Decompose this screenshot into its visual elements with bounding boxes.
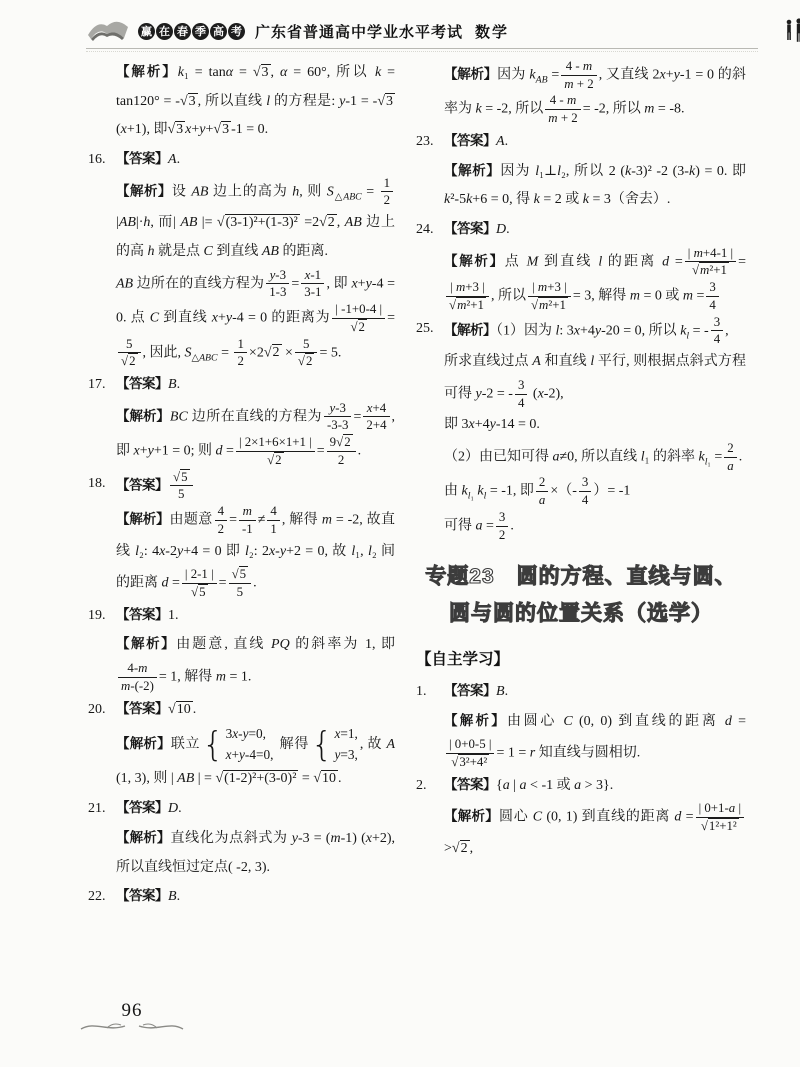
fd: √2 (118, 353, 141, 370)
sqrt: √3 (167, 121, 185, 137)
fraction: 41 (267, 503, 279, 537)
sqrt: √(3-1)²+(1-3)² (217, 214, 300, 230)
fd: √m²+1 (528, 297, 571, 314)
solution-item: 19.【答案】1.【解析】由题意, 直线 PQ 的斜率为 1, 即4-mm-(-… (88, 601, 395, 695)
fn: 5 (118, 336, 141, 354)
sqrt: √3 (213, 121, 231, 137)
cls: x=1,y=3, (334, 724, 357, 765)
fn: 4 - m (561, 58, 596, 76)
fraction: 5√2 (118, 336, 141, 370)
sqr: 10 (176, 701, 193, 717)
solution-body: 【答案】√55【解析】由题意42=m-1≠41, 解得 m = -2, 故直线 … (116, 469, 395, 601)
solution-item: 【解析】k₁ = tanα = √3, α = 60°, 所以 k = tan1… (88, 58, 395, 145)
sqr: 5 (198, 584, 207, 599)
sqr: m²+1 (699, 262, 729, 277)
fraction: 32 (496, 509, 508, 543)
solution-para: 【解析】设 AB 边上的高为 h, 则 S△ABC = 12|AB|·h, 而|… (116, 175, 395, 267)
fraction: m-1 (239, 503, 256, 537)
answer-label: 【解析】 (444, 322, 496, 337)
fraction: | 0+1-a |√1²+1² (696, 800, 744, 834)
fn: | m+3 | (528, 279, 571, 297)
fn: | m+3 | (446, 279, 489, 297)
answer-label: 【答案】 (116, 477, 168, 492)
fd: 1 (267, 521, 279, 538)
fraction: √55 (170, 469, 193, 503)
fn: 2 (536, 474, 548, 492)
fd: √m²+1 (685, 262, 736, 279)
item-number: 17. (88, 370, 116, 400)
fraction: y-31-3 (266, 267, 289, 301)
solution-item: 16.【答案】A.【解析】设 AB 边上的高为 h, 则 S△ABC = 12|… (88, 145, 395, 370)
fn: | 2-1 | (182, 566, 217, 584)
item-number: 20. (88, 695, 116, 725)
solution-para: 【解析】联立{3x-y=0,x+y-4=0, 解得{x=1,y=3,, 故 A … (116, 724, 395, 794)
fd: m-(-2) (118, 678, 157, 695)
solution-body: 【答案】{a | a < -1 或 a > 3}.【解析】圆心 C (0, 1)… (444, 771, 746, 864)
brace-icon: { (311, 731, 332, 760)
fn: | 2×1+6×1+1 | (236, 434, 315, 452)
solution-body: 【解析】k₁ = tanα = √3, α = 60°, 所以 k = tan1… (116, 58, 395, 145)
badge-char: 赢 (138, 23, 155, 40)
solution-para: 即 3x+4y-14 = 0. (444, 411, 746, 440)
badge-char: 高 (210, 23, 227, 40)
fd: 5 (170, 486, 193, 503)
solution-body: 【答案】B. (116, 882, 395, 912)
answer-label: 【解析】 (444, 163, 500, 178)
fraction: | -1+0-4 |√2 (332, 301, 385, 335)
answer-label: 【答案】 (116, 701, 168, 716)
fraction: 2a (724, 440, 736, 474)
fn: y-3 (324, 400, 351, 418)
fraction: 4-mm-(-2) (118, 660, 157, 694)
fd: √2 (295, 353, 318, 370)
sqrt: √m²+1 (531, 297, 568, 312)
solution-para: 【答案】D. (116, 794, 395, 824)
fn: 5 (295, 336, 318, 354)
fd: 4 (711, 331, 723, 348)
sqrt: √m²+1 (449, 297, 486, 312)
fn: √5 (229, 566, 252, 584)
fn: 9√2 (327, 434, 356, 452)
fraction: | 2×1+6×1+1 |√2 (236, 434, 315, 468)
answer-label: 【答案】 (116, 888, 168, 903)
answer-label: 【答案】 (116, 800, 168, 815)
solution-body: 【答案】√10.【解析】联立{3x-y=0,x+y-4=0, 解得{x=1,y=… (116, 695, 395, 795)
fraction: | m+3 |√m²+1 (528, 279, 571, 313)
fraction: x-13-1 (301, 267, 324, 301)
solution-item: 24.【答案】D.【解析】点 M 到直线 l 的距离 d =| m+4-1 |√… (416, 215, 746, 314)
fn: | 0+0-5 | (446, 736, 494, 754)
solution-item: 21.【答案】D.【解析】直线化为点斜式为 y-3 = (m-1) (x+2),… (88, 794, 395, 882)
sqrt: √10 (168, 701, 193, 717)
sqrt: √2 (452, 840, 470, 856)
sqr: 1²+1² (708, 818, 739, 833)
sqrt: √1²+1² (701, 818, 739, 833)
fd: √5 (182, 584, 217, 601)
fd: 2+4 (363, 417, 389, 434)
fn: x+4 (363, 400, 389, 418)
fn: 3 (579, 474, 591, 492)
solution-body: 【答案】D.【解析】直线化为点斜式为 y-3 = (m-1) (x+2), 所以… (116, 794, 395, 882)
fd: √m²+1 (446, 297, 489, 314)
answer-label: 【解析】 (116, 64, 178, 79)
fraction: 4 - mm + 2 (561, 58, 596, 92)
sqrt: √2 (267, 452, 284, 467)
solution-body: 【解析】因为 kAB =4 - mm + 2, 又直线 2x+y-1 = 0 的… (444, 58, 746, 127)
sqr: 2 (128, 353, 137, 368)
fraction: 9√22 (327, 434, 356, 468)
fd: 4 (579, 492, 591, 509)
answer-label: 【答案】 (444, 221, 496, 236)
fn: m (239, 503, 256, 521)
sqr: m²+1 (538, 297, 568, 312)
answer-label: 【答案】 (116, 376, 168, 391)
item-number: 1. (416, 677, 444, 707)
sqr: 5 (180, 469, 189, 484)
people-icon (784, 18, 800, 47)
solution-para: 【解析】圆心 C (0, 1) 到直线的距离 d =| 0+1-a |√1²+1… (444, 800, 746, 863)
fn: 4 (267, 503, 279, 521)
fd: 2 (496, 527, 508, 544)
sqrt: √10 (313, 770, 338, 786)
fraction: x+42+4 (363, 400, 389, 434)
item-number: 21. (88, 794, 116, 824)
fd: 1-3 (266, 284, 289, 301)
answer-label: 【解析】 (116, 636, 176, 651)
sqr: 2 (358, 319, 367, 334)
solution-para: 【解析】点 M 到直线 l 的距离 d =| m+4-1 |√m²+1=| m+… (444, 245, 746, 314)
fn: 1 (381, 175, 393, 193)
sqrt: √2 (350, 319, 367, 334)
solution-item: 17.【答案】B.【解析】BC 边所在直线的方程为y-3-3-3=x+42+4,… (88, 370, 395, 469)
cases: {x=1,y=3, (311, 724, 358, 765)
solution-body: 【答案】B.【解析】BC 边所在直线的方程为y-3-3-3=x+42+4, 即 … (116, 370, 395, 469)
answer-label: 【答案】 (444, 683, 496, 698)
fd: 5 (229, 584, 252, 601)
answer-label: 【解析】 (444, 809, 499, 824)
badge-char: 在 (156, 23, 173, 40)
self-study-heading: 【自主学习】 (416, 647, 746, 669)
sqr: 3 (188, 93, 198, 109)
fraction: 12 (381, 175, 393, 209)
solution-para: 【解析】（1）因为 l: 3x+4y-20 = 0, 所以 kl = -34, (444, 314, 746, 348)
sqr: 3 (261, 64, 271, 80)
fn: y-3 (266, 267, 289, 285)
item-number: 2. (416, 771, 444, 801)
fraction: | 2-1 |√5 (182, 566, 217, 600)
sqrt: √5 (173, 469, 190, 484)
answer-label: 【解析】 (444, 713, 507, 728)
subscript: l₁ (705, 456, 711, 467)
sqr: (3-1)²+(1-3)² (225, 214, 300, 230)
sqrt: √2 (298, 353, 315, 368)
solution-para: 【答案】√55 (116, 469, 395, 503)
solution-body: 【答案】A.【解析】设 AB 边上的高为 h, 则 S△ABC = 12|AB|… (116, 145, 395, 370)
fd: m + 2 (545, 110, 580, 127)
solution-para: 【解析】因为 kAB =4 - mm + 2, 又直线 2x+y-1 = 0 的… (444, 58, 746, 127)
brace-icon: { (202, 731, 223, 760)
fraction: | m+3 |√m²+1 (446, 279, 489, 313)
fn: 3 (706, 279, 718, 297)
right-column: 【解析】因为 kAB =4 - mm + 2, 又直线 2x+y-1 = 0 的… (416, 58, 746, 864)
item-number (416, 58, 444, 59)
subscript: l₁ (468, 491, 474, 502)
fd: 4 (706, 297, 718, 314)
fd: √3²+4² (446, 754, 494, 771)
answer-label: 【解析】 (116, 512, 170, 527)
fraction: 34 (706, 279, 718, 313)
sqr: 5 (239, 566, 248, 581)
solution-item: 2.【答案】{a | a < -1 或 a > 3}.【解析】圆心 C (0, … (416, 771, 746, 864)
sqr: 2 (274, 452, 283, 467)
page-footer: 96 (62, 1000, 202, 1034)
solution-para: 【解析】因为 l₁⊥l₂, 所以 2 (k-3)² -2 (3-k) = 0. … (444, 157, 746, 215)
solution-para: 【解析】由题意42=m-1≠41, 解得 m = -2, 故直线 l₂: 4x-… (116, 503, 395, 601)
fraction: 4 - mm + 2 (545, 92, 580, 126)
solution-para: 【答案】1. (116, 601, 395, 631)
fraction: 5√2 (295, 336, 318, 370)
sqrt: √2 (319, 214, 337, 230)
subscript: l (686, 330, 689, 341)
fd: 4 (515, 395, 527, 412)
sqrt: √3²+4² (451, 754, 489, 769)
item-number: 25. (416, 314, 444, 344)
answer-label: 【答案】 (116, 607, 168, 622)
fraction: y-3-3-3 (324, 400, 351, 434)
answer-label: 【解析】 (116, 408, 170, 423)
answer-label: 【解析】 (444, 66, 497, 81)
answer-label: 【答案】 (444, 133, 496, 148)
sqrt: √2 (121, 353, 138, 368)
section-heading: 专题23 圆的方程、直线与圆、圆与圆的位置关系（选学） (416, 559, 746, 633)
item-number: 19. (88, 601, 116, 631)
section-heading-line: 专题23 圆的方程、直线与圆、 (416, 559, 746, 596)
sqrt: √m²+1 (692, 262, 729, 277)
header-subject: 数学 (475, 21, 509, 42)
book-logo-icon (86, 16, 130, 47)
sqr: 2 (343, 434, 352, 449)
solution-body: 【解析】（1）因为 l: 3x+4y-20 = 0, 所以 kl = -34,所… (444, 314, 746, 544)
fraction: 34 (711, 314, 723, 348)
sqr: 3 (221, 121, 231, 137)
sqrt: √3 (180, 93, 198, 109)
sqr: 2 (460, 840, 470, 856)
item-number: 23. (416, 127, 444, 157)
sqr: 2 (305, 353, 314, 368)
solution-para: 【解析】由题意, 直线 PQ 的斜率为 1, 即4-mm-(-2)= 1, 解得… (116, 630, 395, 694)
fd: 2 (234, 353, 246, 370)
solution-para: 【答案】D. (444, 215, 746, 245)
solution-para: 【答案】B. (116, 882, 395, 912)
solution-para: 【解析】BC 边所在直线的方程为y-3-3-3=x+42+4, 即 x+y+1 … (116, 400, 395, 469)
sqr: m²+1 (456, 297, 486, 312)
fraction: √55 (229, 566, 252, 600)
fn: √5 (170, 469, 193, 487)
fd: √2 (332, 319, 385, 336)
fn: x-1 (301, 267, 324, 285)
fn: 4 (215, 503, 227, 521)
sqrt: √5 (232, 566, 249, 581)
fraction: 34 (515, 377, 527, 411)
item-number (88, 58, 116, 59)
solution-item: 【解析】因为 kAB =4 - mm + 2, 又直线 2x+y-1 = 0 的… (416, 58, 746, 127)
solution-item: 18.【答案】√55【解析】由题意42=m-1≠41, 解得 m = -2, 故… (88, 469, 395, 601)
solution-para: 【答案】A. (444, 127, 746, 157)
fd: 2 (215, 521, 227, 538)
fraction: 34 (579, 474, 591, 508)
item-number: 16. (88, 145, 116, 175)
sqrt: √3 (253, 64, 271, 80)
fraction: 12 (234, 336, 246, 370)
fraction: 2a (536, 474, 548, 508)
solution-para: 【答案】B. (116, 370, 395, 400)
header-title: 广东省普通高中学业水平考试 (255, 21, 463, 42)
fn: 4-m (118, 660, 157, 678)
fd: a (536, 492, 548, 509)
fn: | -1+0-4 | (332, 301, 385, 319)
solution-item: 1.【答案】B.【解析】由圆心 C (0, 0) 到直线的距离 d =| 0+0… (416, 677, 746, 771)
cases: {3x-y=0,x+y-4=0, (202, 724, 273, 765)
fd: √2 (236, 452, 315, 469)
solution-para: 所求直线过点 A 和直线 l 平行, 则根据点斜式方程可得 y-2 = -34 … (444, 348, 746, 411)
solution-para: AB 边所在的直线方程为y-31-3=x-13-1, 即 x+y-4 = 0. … (116, 267, 395, 370)
solution-body: 【答案】1.【解析】由题意, 直线 PQ 的斜率为 1, 即4-mm-(-2)=… (116, 601, 395, 695)
sqrt: √2 (336, 434, 353, 449)
left-column: 【解析】k₁ = tanα = √3, α = 60°, 所以 k = tan1… (88, 58, 395, 912)
page-header: 赢 在 春 季 高 考 广东省普通高中学业水平考试 数学 (86, 16, 758, 46)
badge-char: 考 (228, 23, 245, 40)
solution-item: 25.【解析】（1）因为 l: 3x+4y-20 = 0, 所以 kl = -3… (416, 314, 746, 544)
fraction: | m+4-1 |√m²+1 (685, 245, 736, 279)
page-number: 96 (122, 1000, 143, 1021)
solution-para: （2）由已知可得 a≠0, 所以直线 l₁ 的斜率 kl₁ =2a. (444, 440, 746, 474)
sqrt: √5 (191, 584, 208, 599)
fn: 3 (515, 377, 527, 395)
sqr: 3 (175, 121, 185, 137)
solution-para: 【解析】由圆心 C (0, 0) 到直线的距离 d =| 0+0-5 |√3²+… (444, 707, 746, 771)
fn: | 0+1-a | (696, 800, 744, 818)
answer-label: 【解析】 (116, 183, 172, 198)
item-number: 22. (88, 882, 116, 912)
answer-label: 【解析】 (116, 736, 171, 751)
solution-body: 【答案】D.【解析】点 M 到直线 l 的距离 d =| m+4-1 |√m²+… (444, 215, 746, 314)
solution-para: 【解析】直线化为点斜式为 y-3 = (m-1) (x+2), 所以直线恒过定点… (116, 824, 395, 882)
solution-para: 【解析】k₁ = tanα = √3, α = 60°, 所以 k = tan1… (116, 58, 395, 145)
sqrt: √3 (377, 93, 395, 109)
sqr: 2 (272, 344, 282, 360)
solution-body: 【答案】B.【解析】由圆心 C (0, 0) 到直线的距离 d =| 0+0-5… (444, 677, 746, 771)
sqr: 3²+4² (458, 754, 489, 769)
fd: 2 (327, 452, 356, 469)
solution-body: 【答案】A.【解析】因为 l₁⊥l₂, 所以 2 (k-3)² -2 (3-k)… (444, 127, 746, 215)
fraction: | 0+0-5 |√3²+4² (446, 736, 494, 770)
badge-char: 春 (174, 23, 191, 40)
solution-para: 可得 a =32. (444, 509, 746, 543)
answer-label: 【解析】 (444, 253, 505, 268)
subscript: l (484, 491, 487, 502)
sqr: 10 (321, 770, 338, 786)
brand-badge: 赢 在 春 季 高 考 (138, 23, 245, 40)
fd: m + 2 (561, 76, 596, 93)
sqr: 2 (327, 214, 337, 230)
solution-para: 【答案】√10. (116, 695, 395, 725)
answer-label: 【答案】 (444, 777, 496, 792)
solution-item: 23.【答案】A.【解析】因为 l₁⊥l₂, 所以 2 (k-3)² -2 (3… (416, 127, 746, 215)
fd: √1²+1² (696, 818, 744, 835)
header-divider (86, 48, 758, 52)
sqr: 3 (385, 93, 395, 109)
answer-label: 【答案】 (116, 151, 168, 166)
solution-para: 【答案】A. (116, 145, 395, 175)
sqr: (1-2)²+(3-0)² (223, 770, 298, 786)
fn: 2 (724, 440, 736, 458)
fraction: 42 (215, 503, 227, 537)
item-number: 18. (88, 469, 116, 499)
sqrt: √2 (264, 344, 282, 360)
page: 赢 在 春 季 高 考 广东省普通高中学业水平考试 数学 【解析】k₁ = ta… (0, 0, 800, 1067)
fd: 3-1 (301, 284, 324, 301)
fd: -3-3 (324, 417, 351, 434)
fd: a (724, 458, 736, 475)
solution-para: 【答案】B. (444, 677, 746, 707)
subscript: △ABC (334, 191, 362, 202)
item-number: 24. (416, 215, 444, 245)
fd: 2 (381, 192, 393, 209)
badge-char: 季 (192, 23, 209, 40)
fn: 1 (234, 336, 246, 354)
subscript: AB (536, 74, 548, 85)
fn: 4 - m (545, 92, 580, 110)
fn: 3 (711, 314, 723, 332)
solution-item: 22.【答案】B. (88, 882, 395, 912)
sqrt: √(1-2)²+(3-0)² (215, 770, 298, 786)
fn: | m+4-1 | (685, 245, 736, 263)
solution-item: 20.【答案】√10.【解析】联立{3x-y=0,x+y-4=0, 解得{x=1… (88, 695, 395, 795)
section-heading-line: 圆与圆的位置关系（选学） (416, 596, 746, 633)
answer-label: 【解析】 (116, 830, 171, 845)
fd: -1 (239, 521, 256, 538)
fn: 3 (496, 509, 508, 527)
solution-para: 由 kl₁ kl = -1, 即2a×（-34）= -1 (444, 474, 746, 508)
cls: 3x-y=0,x+y-4=0, (226, 724, 274, 765)
subscript: △ABC (192, 352, 218, 363)
solution-para: 【答案】{a | a < -1 或 a > 3}. (444, 771, 746, 801)
